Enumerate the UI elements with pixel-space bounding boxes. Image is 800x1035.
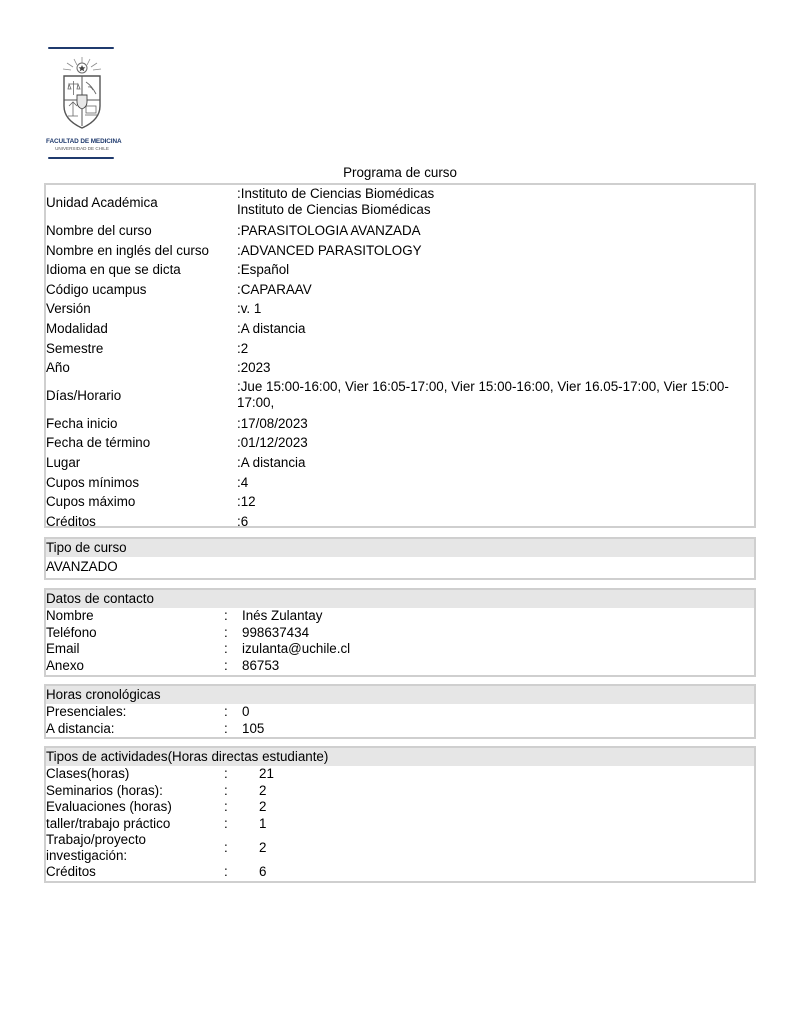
info-label: Créditos — [46, 512, 96, 532]
info-value: :Instituto de Ciencias Biomédicas Instit… — [237, 186, 434, 219]
info-label: Lugar — [46, 453, 80, 473]
info-value: :PARASITOLOGIA AVANZADA — [237, 221, 421, 241]
section-header: Tipos de actividades(Horas directas estu… — [46, 748, 754, 766]
course-info-table: Unidad Académica :Instituto de Ciencias … — [44, 183, 756, 528]
info-label: Nombre en inglés del curso — [46, 241, 209, 261]
info-value: :6 — [237, 512, 248, 532]
chronological-hours-section: Horas cronológicas Presenciales::0 A dis… — [44, 684, 756, 739]
activity-row: Evaluaciones (horas):2 — [46, 799, 754, 816]
separator: : — [224, 608, 228, 625]
info-label: Cupos máximo — [46, 492, 135, 512]
info-value: :ADVANCED PARASITOLOGY — [237, 241, 422, 261]
contact-label: Email — [46, 641, 79, 658]
activity-value: 2 — [259, 783, 266, 800]
separator: : — [224, 799, 228, 816]
activity-label: Evaluaciones (horas) — [46, 799, 172, 816]
contact-row-name: Nombre:Inés Zulantay — [46, 608, 754, 625]
activity-value: 6 — [259, 864, 266, 881]
activity-label: taller/trabajo práctico — [46, 816, 170, 833]
logo-top-rule — [48, 47, 114, 49]
info-value-line-1: :Instituto de Ciencias Biomédicas — [237, 186, 434, 201]
separator: : — [224, 721, 228, 738]
activity-value: 1 — [259, 816, 266, 833]
info-row: Código ucampus:CAPARAAV — [46, 280, 754, 300]
info-value: :17/08/2023 — [237, 414, 308, 434]
info-label: Idioma en que se dicta — [46, 260, 181, 280]
contact-value: izulanta@uchile.cl — [242, 641, 350, 658]
info-value: :2023 — [237, 358, 271, 378]
faculty-name: FACULTAD DE MEDICINA — [46, 138, 118, 145]
info-value: :Español — [237, 260, 289, 280]
info-label: Nombre del curso — [46, 221, 152, 241]
activity-row: Clases(horas):21 — [46, 766, 754, 783]
separator: : — [224, 625, 228, 642]
hours-row: A distancia::105 — [46, 721, 754, 738]
separator: : — [224, 864, 228, 881]
contact-row-extension: Anexo:86753 — [46, 658, 754, 675]
separator: : — [224, 783, 228, 800]
contact-value: 998637434 — [242, 625, 309, 642]
info-row: Semestre:2 — [46, 339, 754, 359]
section-header: Datos de contacto — [46, 590, 754, 608]
info-label: Fecha inicio — [46, 414, 117, 434]
hours-row: Presenciales::0 — [46, 704, 754, 721]
hours-label: Presenciales: — [46, 704, 126, 721]
separator: : — [224, 766, 228, 783]
contact-value: 86753 — [242, 658, 279, 675]
info-value-line-2: Instituto de Ciencias Biomédicas — [237, 202, 431, 217]
separator: : — [224, 704, 228, 721]
info-value: :v. 1 — [237, 299, 261, 319]
info-row-unidad: Unidad Académica :Instituto de Ciencias … — [46, 185, 754, 221]
info-row: Fecha inicio:17/08/2023 — [46, 414, 754, 434]
university-crest-icon — [58, 54, 106, 134]
activity-value: 2 — [259, 799, 266, 816]
info-row-horario: Días/Horario:Jue 15:00-16:00, Vier 16:05… — [46, 378, 754, 414]
info-value: :A distancia — [237, 453, 305, 473]
logo-bottom-rule — [48, 157, 114, 159]
hours-label: A distancia: — [46, 721, 114, 738]
info-row: Versión:v. 1 — [46, 299, 754, 319]
section-header: Horas cronológicas — [46, 686, 754, 704]
activity-types-section: Tipos de actividades(Horas directas estu… — [44, 746, 756, 883]
hours-value: 0 — [242, 704, 249, 721]
activity-row: Seminarios (horas)::2 — [46, 783, 754, 800]
info-row: Modalidad:A distancia — [46, 319, 754, 339]
separator: : — [224, 816, 228, 833]
info-label: Días/Horario — [46, 386, 121, 406]
info-value: :12 — [237, 492, 256, 512]
info-row: Nombre del curso:PARASITOLOGIA AVANZADA — [46, 221, 754, 241]
info-row: Créditos:6 — [46, 512, 754, 532]
info-label: Modalidad — [46, 319, 108, 339]
info-value: :2 — [237, 339, 248, 359]
activity-label: Trabajo/proyecto investigación: — [46, 832, 196, 864]
info-value: :A distancia — [237, 319, 305, 339]
activity-value: 21 — [259, 766, 274, 783]
info-row: Fecha de término:01/12/2023 — [46, 433, 754, 453]
info-label: Unidad Académica — [46, 193, 158, 213]
info-row: Lugar:A distancia — [46, 453, 754, 473]
info-value: :4 — [237, 473, 248, 493]
activity-value: 2 — [259, 840, 266, 857]
faculty-logo: FACULTAD DE MEDICINA UNIVERSIDAD DE CHIL… — [46, 46, 118, 160]
contact-row-email: Email:izulanta@uchile.cl — [46, 641, 754, 658]
contact-label: Teléfono — [46, 625, 97, 642]
separator: : — [224, 641, 228, 658]
separator: : — [224, 658, 228, 675]
activity-row: Trabajo/proyecto investigación::2 — [46, 832, 754, 864]
course-type-section: Tipo de curso AVANZADO — [44, 537, 756, 580]
course-type-value: AVANZADO — [46, 557, 754, 577]
activity-label: Créditos — [46, 864, 96, 881]
contact-section: Datos de contacto Nombre:Inés Zulantay T… — [44, 588, 756, 677]
activity-label: Clases(horas) — [46, 766, 129, 783]
university-name: UNIVERSIDAD DE CHILE — [46, 146, 118, 151]
info-row: Año:2023 — [46, 358, 754, 378]
info-value: :01/12/2023 — [237, 433, 308, 453]
info-value: :CAPARAAV — [237, 280, 312, 300]
info-label: Versión — [46, 299, 91, 319]
info-value: :Jue 15:00-16:00, Vier 16:05-17:00, Vier… — [237, 379, 747, 412]
info-label: Fecha de término — [46, 433, 150, 453]
activity-row: taller/trabajo práctico:1 — [46, 816, 754, 833]
contact-label: Nombre — [46, 608, 94, 625]
info-label: Año — [46, 358, 70, 378]
info-label: Cupos mínimos — [46, 473, 139, 493]
info-label: Semestre — [46, 339, 103, 359]
activity-label: Seminarios (horas): — [46, 783, 163, 800]
hours-value: 105 — [242, 721, 264, 738]
contact-label: Anexo — [46, 658, 84, 675]
separator: : — [224, 840, 228, 857]
section-header: Tipo de curso — [46, 539, 754, 557]
page-title: Programa de curso — [0, 165, 800, 180]
info-row: Cupos máximo:12 — [46, 492, 754, 512]
info-label: Código ucampus — [46, 280, 147, 300]
info-row: Idioma en que se dicta:Español — [46, 260, 754, 280]
info-row: Nombre en inglés del curso:ADVANCED PARA… — [46, 241, 754, 261]
contact-row-phone: Teléfono:998637434 — [46, 625, 754, 642]
contact-value: Inés Zulantay — [242, 608, 322, 625]
activity-row: Créditos:6 — [46, 864, 754, 881]
info-row: Cupos mínimos:4 — [46, 473, 754, 493]
